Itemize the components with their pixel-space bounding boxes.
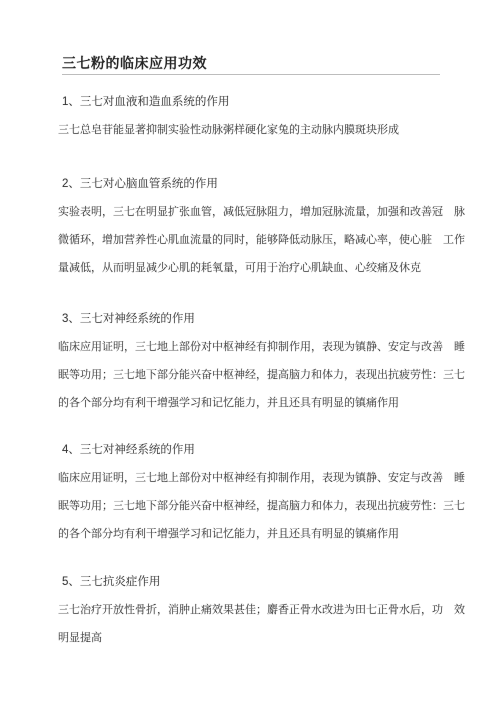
paragraph-line: 微循环，增加营养性心肌血流量的同时，能够降低动脉压，略减心率，使心脏 工作 <box>58 226 442 254</box>
paragraph: 三七治疗开放性骨折，消肿止痛效果甚佳；麝香正骨水改进为田七正骨水后，功 效 明显… <box>58 596 442 652</box>
section-heading: 1、三七对血液和造血系统的作用 <box>58 88 442 116</box>
section-heading: 2、三七对心脑血管系统的作用 <box>58 170 442 198</box>
document-title: 三七粉的临床应用功效 <box>62 53 440 75</box>
section-heading: 5、三七抗炎症作用 <box>58 568 442 596</box>
paragraph-line: 临床应用证明，三七地上部份对中枢神经有抑制作用，表现为镇静、安定与改善 睡 <box>58 464 442 492</box>
paragraph-line: 实验表明，三七在明显扩张血管，减低冠脉阻力，增加冠脉流量，加强和改善冠 脉 <box>58 198 442 226</box>
paragraph-line: 临床应用证明，三七地上部份对中枢神经有抑制作用，表现为镇静、安定与改善 睡 <box>58 333 442 361</box>
section-3: 3、三七对神经系统的作用 临床应用证明，三七地上部份对中枢神经有抑制作用，表现为… <box>58 305 442 417</box>
section-heading: 3、三七对神经系统的作用 <box>58 305 442 333</box>
paragraph-line: 眠等功用；三七地下部分能兴奋中枢神经，提高脑力和体力，表现出抗疲劳性：三七 <box>58 492 442 520</box>
section-heading: 4、三七对神经系统的作用 <box>58 436 442 464</box>
section-2: 2、三七对心脑血管系统的作用 实验表明，三七在明显扩张血管，减低冠脉阻力，增加冠… <box>58 170 442 282</box>
paragraph: 临床应用证明，三七地上部份对中枢神经有抑制作用，表现为镇静、安定与改善 睡 眠等… <box>58 333 442 417</box>
paragraph: 三七总皂苷能显著抑制实验性动脉粥样硬化家兔的主动脉内膜斑块形成 <box>58 116 442 144</box>
section-4: 4、三七对神经系统的作用 临床应用证明，三七地上部份对中枢神经有抑制作用，表现为… <box>58 436 442 548</box>
paragraph-line: 眠等功用；三七地下部分能兴奋中枢神经，提高脑力和体力，表现出抗疲劳性：三七 <box>58 361 442 389</box>
paragraph: 实验表明，三七在明显扩张血管，减低冠脉阻力，增加冠脉流量，加强和改善冠 脉 微循… <box>58 198 442 282</box>
paragraph-line: 明显提高 <box>58 624 442 652</box>
document-page: 三七粉的临床应用功效 1、三七对血液和造血系统的作用 三七总皂苷能显著抑制实验性… <box>0 0 500 707</box>
paragraph-line: 的各个部分均有利干增强学习和记忆能力，并且还具有明显的镇痛作用 <box>58 389 442 417</box>
section-1: 1、三七对血液和造血系统的作用 三七总皂苷能显著抑制实验性动脉粥样硬化家兔的主动… <box>58 88 442 144</box>
paragraph-line: 三七治疗开放性骨折，消肿止痛效果甚佳；麝香正骨水改进为田七正骨水后，功 效 <box>58 596 442 624</box>
paragraph-line: 量减低，从而明显减少心肌的耗氧量，可用于治疗心肌缺血、心绞痛及休克 <box>58 254 442 282</box>
paragraph-line: 的各个部分均有利干增强学习和记忆能力，并且还具有明显的镇痛作用 <box>58 520 442 548</box>
paragraph-line: 三七总皂苷能显著抑制实验性动脉粥样硬化家兔的主动脉内膜斑块形成 <box>58 116 442 144</box>
paragraph: 临床应用证明，三七地上部份对中枢神经有抑制作用，表现为镇静、安定与改善 睡 眠等… <box>58 464 442 548</box>
section-5: 5、三七抗炎症作用 三七治疗开放性骨折，消肿止痛效果甚佳；麝香正骨水改进为田七正… <box>58 568 442 652</box>
